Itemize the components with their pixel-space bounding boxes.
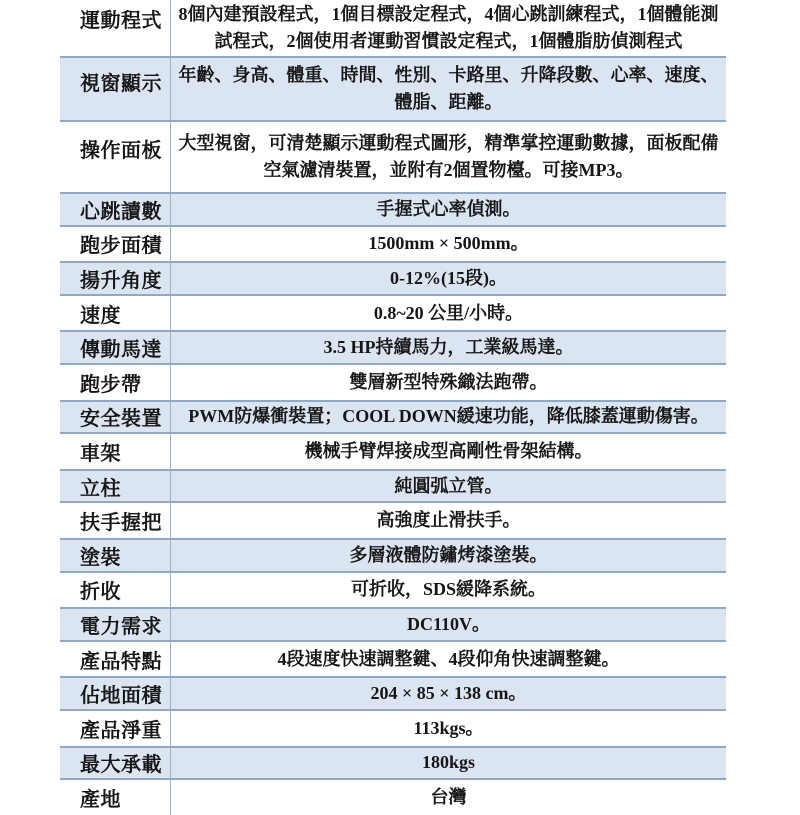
spec-row: 心跳讀數手握式心率偵測。 [60, 192, 726, 227]
spec-label: 產地 [60, 780, 171, 800]
spec-value: 8個內建預設程式，1個目標設定程式，4個心跳訓練程式，1個體能測試程式，2個使用… [171, 0, 726, 56]
spec-row: 折收可折收，SDS緩降系統。 [60, 573, 726, 608]
spec-value: 雙層新型特殊織法跑帶。 [171, 365, 726, 400]
spec-value: PWM防爆衝裝置；COOL DOWN緩速功能，降低膝蓋運動傷害。 [171, 402, 726, 433]
spec-row: 電力需求DC110V。 [60, 607, 726, 642]
spec-label: 安全裝置 [60, 402, 171, 433]
spec-row: 操作面板大型視窗，可清楚顯示運動程式圖形，精準掌控運動數據，面板配備空氣濾清裝置… [60, 122, 726, 192]
spec-value: 手握式心率偵測。 [171, 194, 726, 225]
spec-row: 速度0.8~20 公里/小時。 [60, 296, 726, 331]
spec-row: 跑步面積1500mm × 500mm。 [60, 227, 726, 262]
spec-row: 塗裝多層液體防鏽烤漆塗裝。 [60, 538, 726, 573]
spec-value: 1500mm × 500mm。 [171, 227, 726, 262]
spec-row: 扶手握把高強度止滑扶手。 [60, 503, 726, 538]
spec-label: 折收 [60, 573, 171, 608]
spec-value: 台灣 [171, 780, 726, 800]
spec-row: 產品特點4段速度快速調整鍵、4段仰角快速調整鍵。 [60, 642, 726, 677]
spec-row: 車架機械手臂焊接成型高剛性骨架結構。 [60, 434, 726, 469]
spec-label: 跑步帶 [60, 365, 171, 400]
spec-label: 塗裝 [60, 540, 171, 571]
spec-value: 0-12%(15段)。 [171, 263, 726, 294]
spec-row: 運動程式8個內建預設程式，1個目標設定程式，4個心跳訓練程式，1個體能測試程式，… [60, 0, 726, 56]
spec-value: 4段速度快速調整鍵、4段仰角快速調整鍵。 [171, 642, 726, 677]
spec-value: 3.5 HP持續馬力，工業級馬達。 [171, 332, 726, 363]
spec-value: DC110V。 [171, 609, 726, 640]
spec-row: 視窗顯示年齡、身高、體重、時間、性別、卡路里、升降段數、心率、速度、體脂、距離。 [60, 56, 726, 122]
spec-label: 操作面板 [60, 122, 171, 192]
spec-label: 傳動馬達 [60, 332, 171, 363]
spec-label: 揚升角度 [60, 263, 171, 294]
spec-value: 純圓弧立管。 [171, 471, 726, 502]
spec-label: 速度 [60, 296, 171, 331]
spec-value: 高強度止滑扶手。 [171, 503, 726, 538]
spec-row: 產地台灣 [60, 780, 726, 800]
spec-label: 產品淨重 [60, 711, 171, 746]
spec-label: 運動程式 [60, 0, 171, 56]
spec-label: 產品特點 [60, 642, 171, 677]
spec-value: 機械手臂焊接成型高剛性骨架結構。 [171, 434, 726, 469]
spec-value: 多層液體防鏽烤漆塗裝。 [171, 540, 726, 571]
spec-label: 跑步面積 [60, 227, 171, 262]
spec-value: 113kgs。 [171, 711, 726, 746]
product-spec-table: 運動程式8個內建預設程式，1個目標設定程式，4個心跳訓練程式，1個體能測試程式，… [60, 0, 726, 800]
spec-row: 揚升角度0-12%(15段)。 [60, 261, 726, 296]
spec-row: 安全裝置PWM防爆衝裝置；COOL DOWN緩速功能，降低膝蓋運動傷害。 [60, 400, 726, 435]
spec-label: 車架 [60, 434, 171, 469]
spec-row: 佔地面積204 × 85 × 138 cm。 [60, 676, 726, 711]
spec-label: 最大承載 [60, 748, 171, 779]
spec-label: 立柱 [60, 471, 171, 502]
spec-row: 最大承載180kgs [60, 746, 726, 781]
spec-value: 大型視窗，可清楚顯示運動程式圖形，精準掌控運動數據，面板配備空氣濾清裝置，並附有… [171, 122, 726, 192]
spec-value: 年齡、身高、體重、時間、性別、卡路里、升降段數、心率、速度、體脂、距離。 [171, 58, 726, 120]
spec-label: 扶手握把 [60, 503, 171, 538]
spec-row: 產品淨重113kgs。 [60, 711, 726, 746]
spec-label: 佔地面積 [60, 678, 171, 709]
spec-row: 跑步帶雙層新型特殊織法跑帶。 [60, 365, 726, 400]
spec-label: 心跳讀數 [60, 194, 171, 225]
spec-value: 0.8~20 公里/小時。 [171, 296, 726, 331]
spec-value: 180kgs [171, 748, 726, 779]
spec-label: 電力需求 [60, 609, 171, 640]
spec-value: 204 × 85 × 138 cm。 [171, 678, 726, 709]
spec-row: 立柱純圓弧立管。 [60, 469, 726, 504]
spec-row: 傳動馬達3.5 HP持續馬力，工業級馬達。 [60, 330, 726, 365]
spec-label: 視窗顯示 [60, 58, 171, 120]
spec-value: 可折收，SDS緩降系統。 [171, 573, 726, 608]
